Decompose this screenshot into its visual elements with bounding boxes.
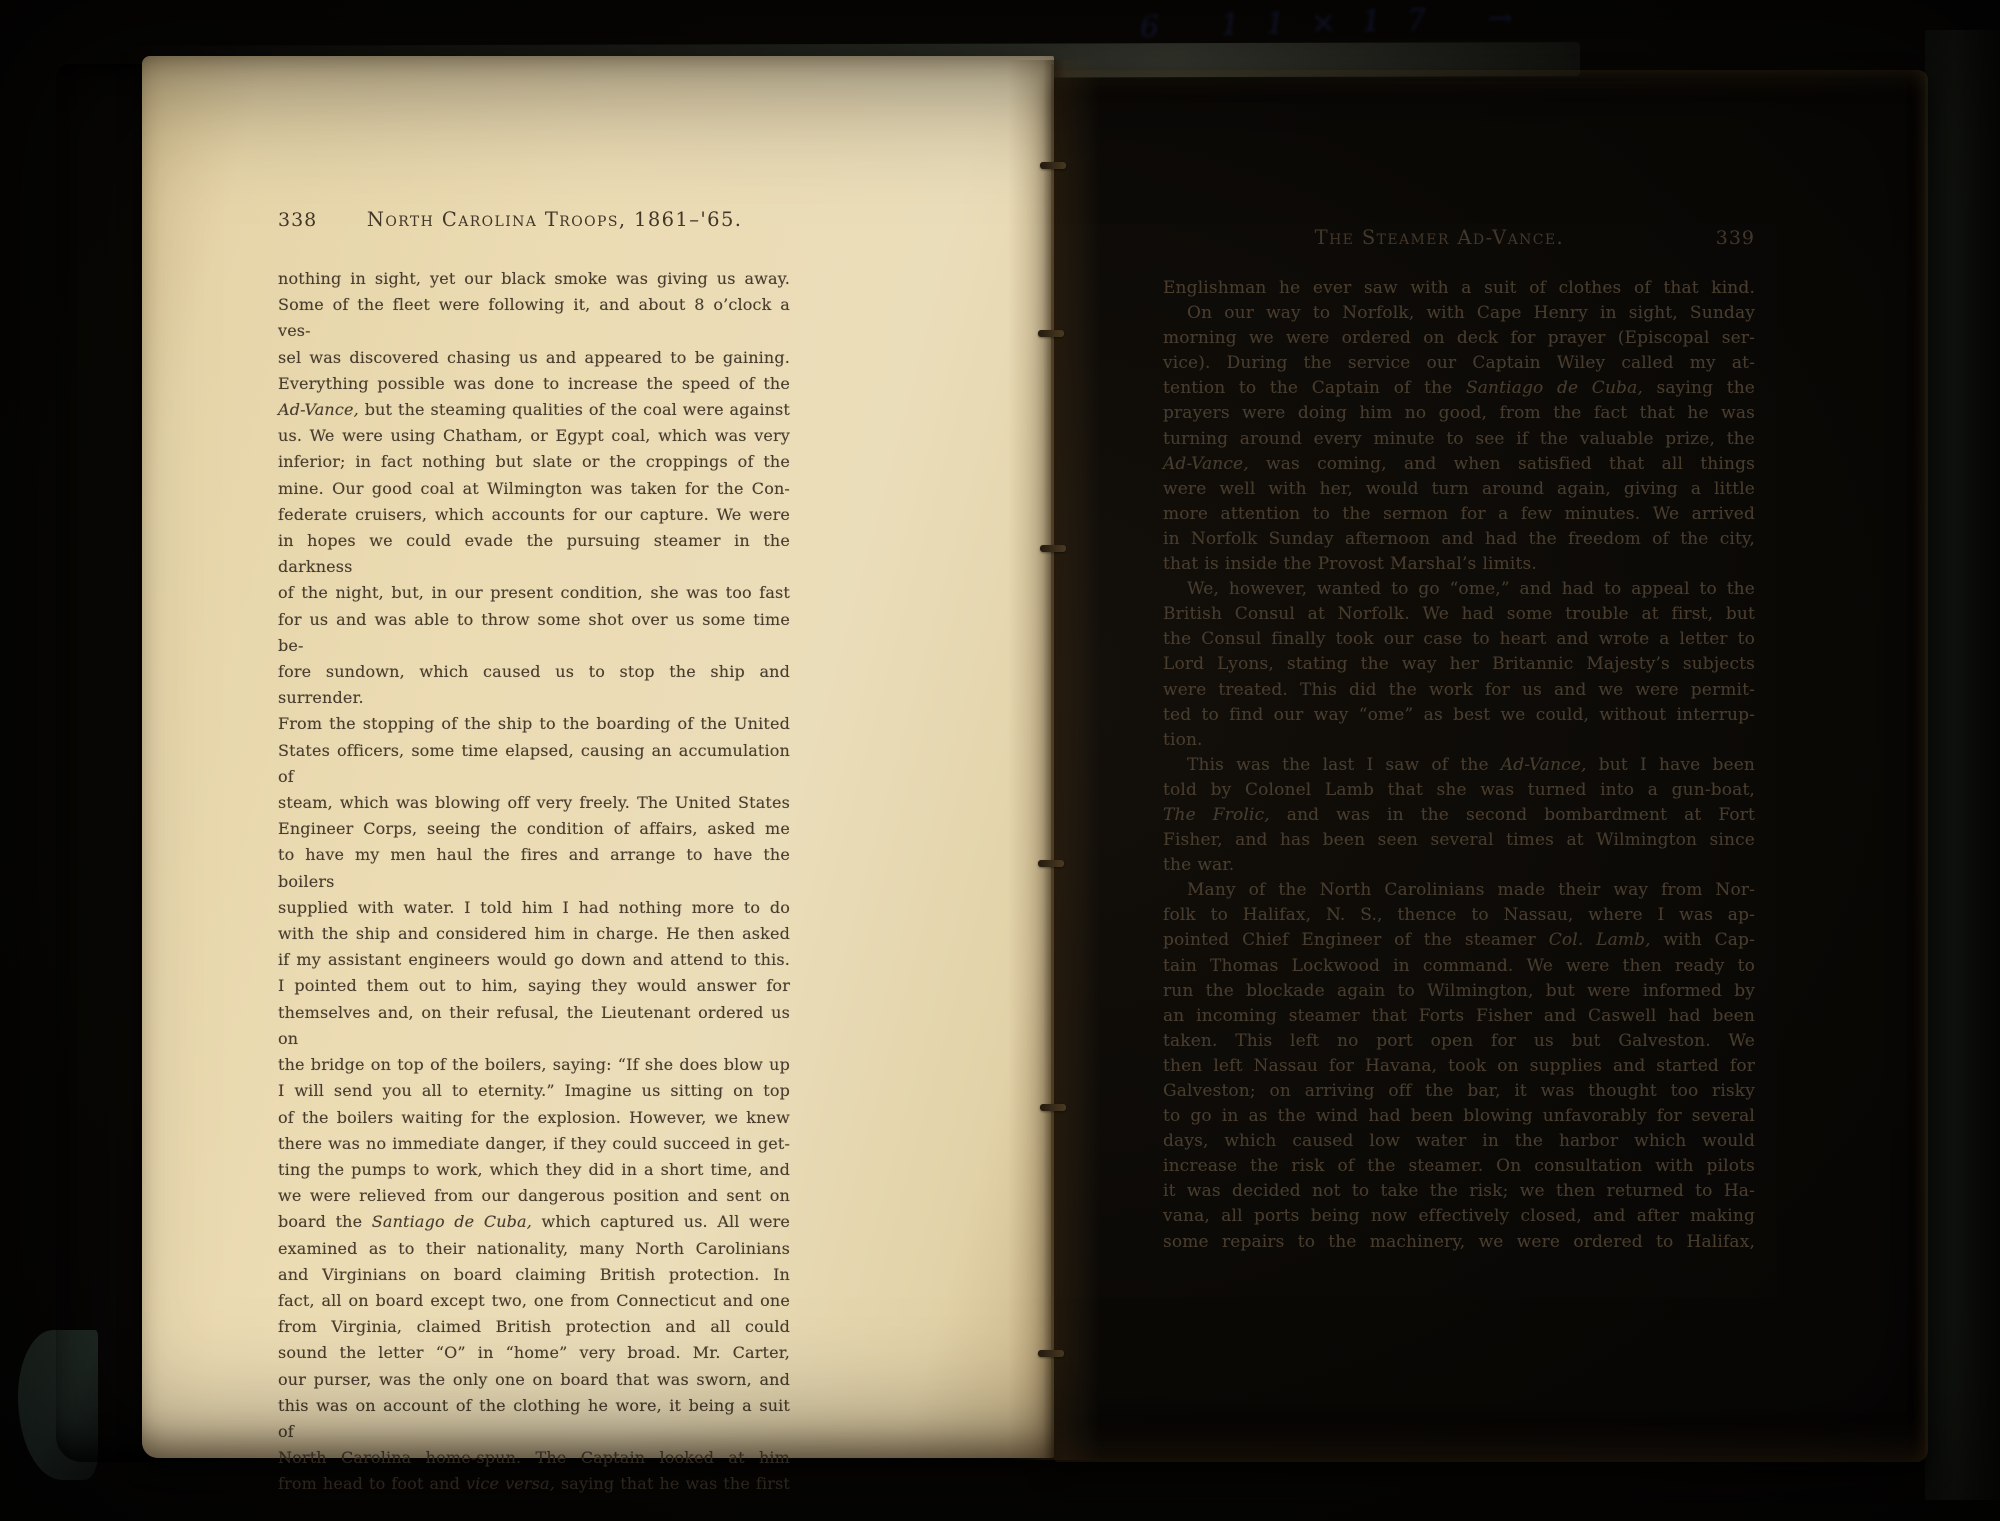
text-line: fact, all on board except two, one from … bbox=[278, 1288, 790, 1314]
right-page-header: The Steamer Ad-Vance. 339 bbox=[1163, 226, 1755, 249]
text-line: Englishman he ever saw with a suit of cl… bbox=[1163, 276, 1755, 301]
text-line: Ad-Vance, was coming, and when satisfied… bbox=[1163, 452, 1755, 477]
book-cover-right-edge bbox=[1925, 30, 2000, 1500]
text-line: Ad-Vance, but the steaming qualities of … bbox=[278, 397, 790, 423]
text-line: On our way to Norfolk, with Cape Henry i… bbox=[1163, 301, 1755, 326]
left-page-number: 338 bbox=[278, 209, 317, 231]
text-line: pointed Chief Engineer of the steamer Co… bbox=[1163, 928, 1755, 953]
binding-stitch bbox=[1040, 545, 1066, 552]
text-line: in hopes we could evade the pursuing ste… bbox=[278, 528, 790, 580]
text-line: were treated. This did the work for us a… bbox=[1163, 678, 1755, 703]
text-line: increase the risk of the steamer. On con… bbox=[1163, 1154, 1755, 1179]
text-line: days, which caused low water in the harb… bbox=[1163, 1129, 1755, 1154]
text-line: the bridge on top of the boilers, saying… bbox=[278, 1052, 790, 1078]
text-line: then left Nassau for Havana, took on sup… bbox=[1163, 1054, 1755, 1079]
right-running-header: The Steamer Ad-Vance. bbox=[1163, 226, 1716, 249]
text-line: we were relieved from our dangerous posi… bbox=[278, 1183, 790, 1209]
text-line: From the stopping of the ship to the boa… bbox=[278, 711, 790, 737]
left-page-text: nothing in sight, yet our black smoke wa… bbox=[278, 266, 790, 1498]
text-line: fore sundown, which caused us to stop th… bbox=[278, 659, 790, 711]
text-line: the war. bbox=[1163, 853, 1755, 878]
binding-gutter bbox=[1051, 64, 1054, 1458]
text-line: to go in as the wind had been blowing un… bbox=[1163, 1104, 1755, 1129]
text-line: that is inside the Provost Marshal’s lim… bbox=[1163, 552, 1755, 577]
text-line: us. We were using Chatham, or Egypt coal… bbox=[278, 423, 790, 449]
binding-stitch bbox=[1040, 1104, 1066, 1111]
text-line: The Frolic, and was in the second bombar… bbox=[1163, 803, 1755, 828]
binding-stitch bbox=[1040, 162, 1066, 169]
text-line: were well with her, would turn around ag… bbox=[1163, 477, 1755, 502]
text-line: prayers were doing him no good, from the… bbox=[1163, 401, 1755, 426]
text-line: Fisher, and has been seen several times … bbox=[1163, 828, 1755, 853]
text-line: taken. This left no port open for us but… bbox=[1163, 1029, 1755, 1054]
text-line: turning around every minute to see if th… bbox=[1163, 427, 1755, 452]
text-line: of the boilers waiting for the explosion… bbox=[278, 1105, 790, 1131]
text-line: tion. bbox=[1163, 728, 1755, 753]
text-line: ted to find our way “ome” as best we cou… bbox=[1163, 703, 1755, 728]
text-line: our purser, was the only one on board th… bbox=[278, 1367, 790, 1393]
text-line: ting the pumps to work, which they did i… bbox=[278, 1157, 790, 1183]
text-line: nothing in sight, yet our black smoke wa… bbox=[278, 266, 790, 292]
text-line: mine. Our good coal at Wilmington was ta… bbox=[278, 476, 790, 502]
text-line: of the night, but, in our present condit… bbox=[278, 580, 790, 606]
text-line: Many of the North Carolinians made their… bbox=[1163, 878, 1755, 903]
text-line: Engineer Corps, seeing the condition of … bbox=[278, 816, 790, 842]
text-line: tention to the Captain of the Santiago d… bbox=[1163, 376, 1755, 401]
text-line: an incoming steamer that Forts Fisher an… bbox=[1163, 1004, 1755, 1029]
text-line: run the blockade again to Wilmington, bu… bbox=[1163, 979, 1755, 1004]
right-page-text: Englishman he ever saw with a suit of cl… bbox=[1163, 276, 1755, 1255]
text-line: British Consul at Norfolk. We had some t… bbox=[1163, 602, 1755, 627]
text-line: Galveston; on arriving off the bar, it w… bbox=[1163, 1079, 1755, 1104]
text-line: themselves and, on their refusal, the Li… bbox=[278, 1000, 790, 1052]
text-line: to have my men haul the fires and arrang… bbox=[278, 842, 790, 894]
text-line: We, however, wanted to go “ome,” and had… bbox=[1163, 577, 1755, 602]
right-page-number: 339 bbox=[1716, 227, 1755, 249]
text-line: sel was discovered chasing us and appear… bbox=[278, 345, 790, 371]
text-line: federate cruisers, which accounts for ou… bbox=[278, 502, 790, 528]
text-line: some repairs to the machinery, we were o… bbox=[1163, 1230, 1755, 1255]
text-line: told by Colonel Lamb that she was turned… bbox=[1163, 778, 1755, 803]
binding-stitch bbox=[1038, 1350, 1064, 1357]
text-line: folk to Halifax, N. S., thence to Nassau… bbox=[1163, 903, 1755, 928]
left-running-header: North Carolina Troops, 1861–'65. bbox=[317, 208, 792, 231]
text-line: examined as to their nationality, many N… bbox=[278, 1236, 790, 1262]
text-line: there was no immediate danger, if they c… bbox=[278, 1131, 790, 1157]
text-line: steam, which was blowing off very freely… bbox=[278, 790, 790, 816]
binding-stitch bbox=[1038, 860, 1064, 867]
text-line: vice). During the service our Captain Wi… bbox=[1163, 351, 1755, 376]
text-line: Some of the fleet were following it, and… bbox=[278, 292, 790, 344]
text-line: inferior; in fact nothing but slate or t… bbox=[278, 449, 790, 475]
text-line: this was on account of the clothing he w… bbox=[278, 1393, 790, 1445]
text-line: with the ship and considered him in char… bbox=[278, 921, 790, 947]
text-line: board the Santiago de Cuba, which captur… bbox=[278, 1209, 790, 1235]
text-line: morning we were ordered on deck for pray… bbox=[1163, 326, 1755, 351]
text-line: it was decided not to take the risk; we … bbox=[1163, 1179, 1755, 1204]
text-line: if my assistant engineers would go down … bbox=[278, 947, 790, 973]
text-line: more attention to the sermon for a few m… bbox=[1163, 502, 1755, 527]
text-line: I pointed them out to him, saying they w… bbox=[278, 973, 790, 999]
text-line: tain Thomas Lockwood in command. We were… bbox=[1163, 954, 1755, 979]
text-line: I will send you all to eternity.” Imagin… bbox=[278, 1078, 790, 1104]
text-line: for us and was able to throw some shot o… bbox=[278, 607, 790, 659]
text-line: vana, all ports being now effectively cl… bbox=[1163, 1204, 1755, 1229]
text-line: States officers, some time elapsed, caus… bbox=[278, 738, 790, 790]
binding-stitch bbox=[1038, 330, 1064, 337]
book-photograph: 6 11×17 → 338 North Carolina Troops, 186… bbox=[0, 0, 2000, 1521]
text-line: supplied with water. I told him I had no… bbox=[278, 895, 790, 921]
left-page-header: 338 North Carolina Troops, 1861–'65. bbox=[278, 208, 792, 231]
faint-blue-inscription: 6 11×17 → bbox=[1140, 0, 1621, 45]
text-line: North Carolina home-spun. The Captain lo… bbox=[278, 1445, 790, 1471]
text-line: and Virginians on board claiming British… bbox=[278, 1262, 790, 1288]
text-line: from head to foot and vice versa, saying… bbox=[278, 1471, 790, 1497]
text-line: the Consul finally took our case to hear… bbox=[1163, 627, 1755, 652]
text-line: in Norfolk Sunday afternoon and had the … bbox=[1163, 527, 1755, 552]
text-line: This was the last I saw of the Ad-Vance,… bbox=[1163, 753, 1755, 778]
text-line: from Virginia, claimed British protectio… bbox=[278, 1314, 790, 1340]
text-line: Lord Lyons, stating the way her Britanni… bbox=[1163, 652, 1755, 677]
text-line: Everything possible was done to increase… bbox=[278, 371, 790, 397]
text-line: sound the letter “O” in “home” very broa… bbox=[278, 1340, 790, 1366]
